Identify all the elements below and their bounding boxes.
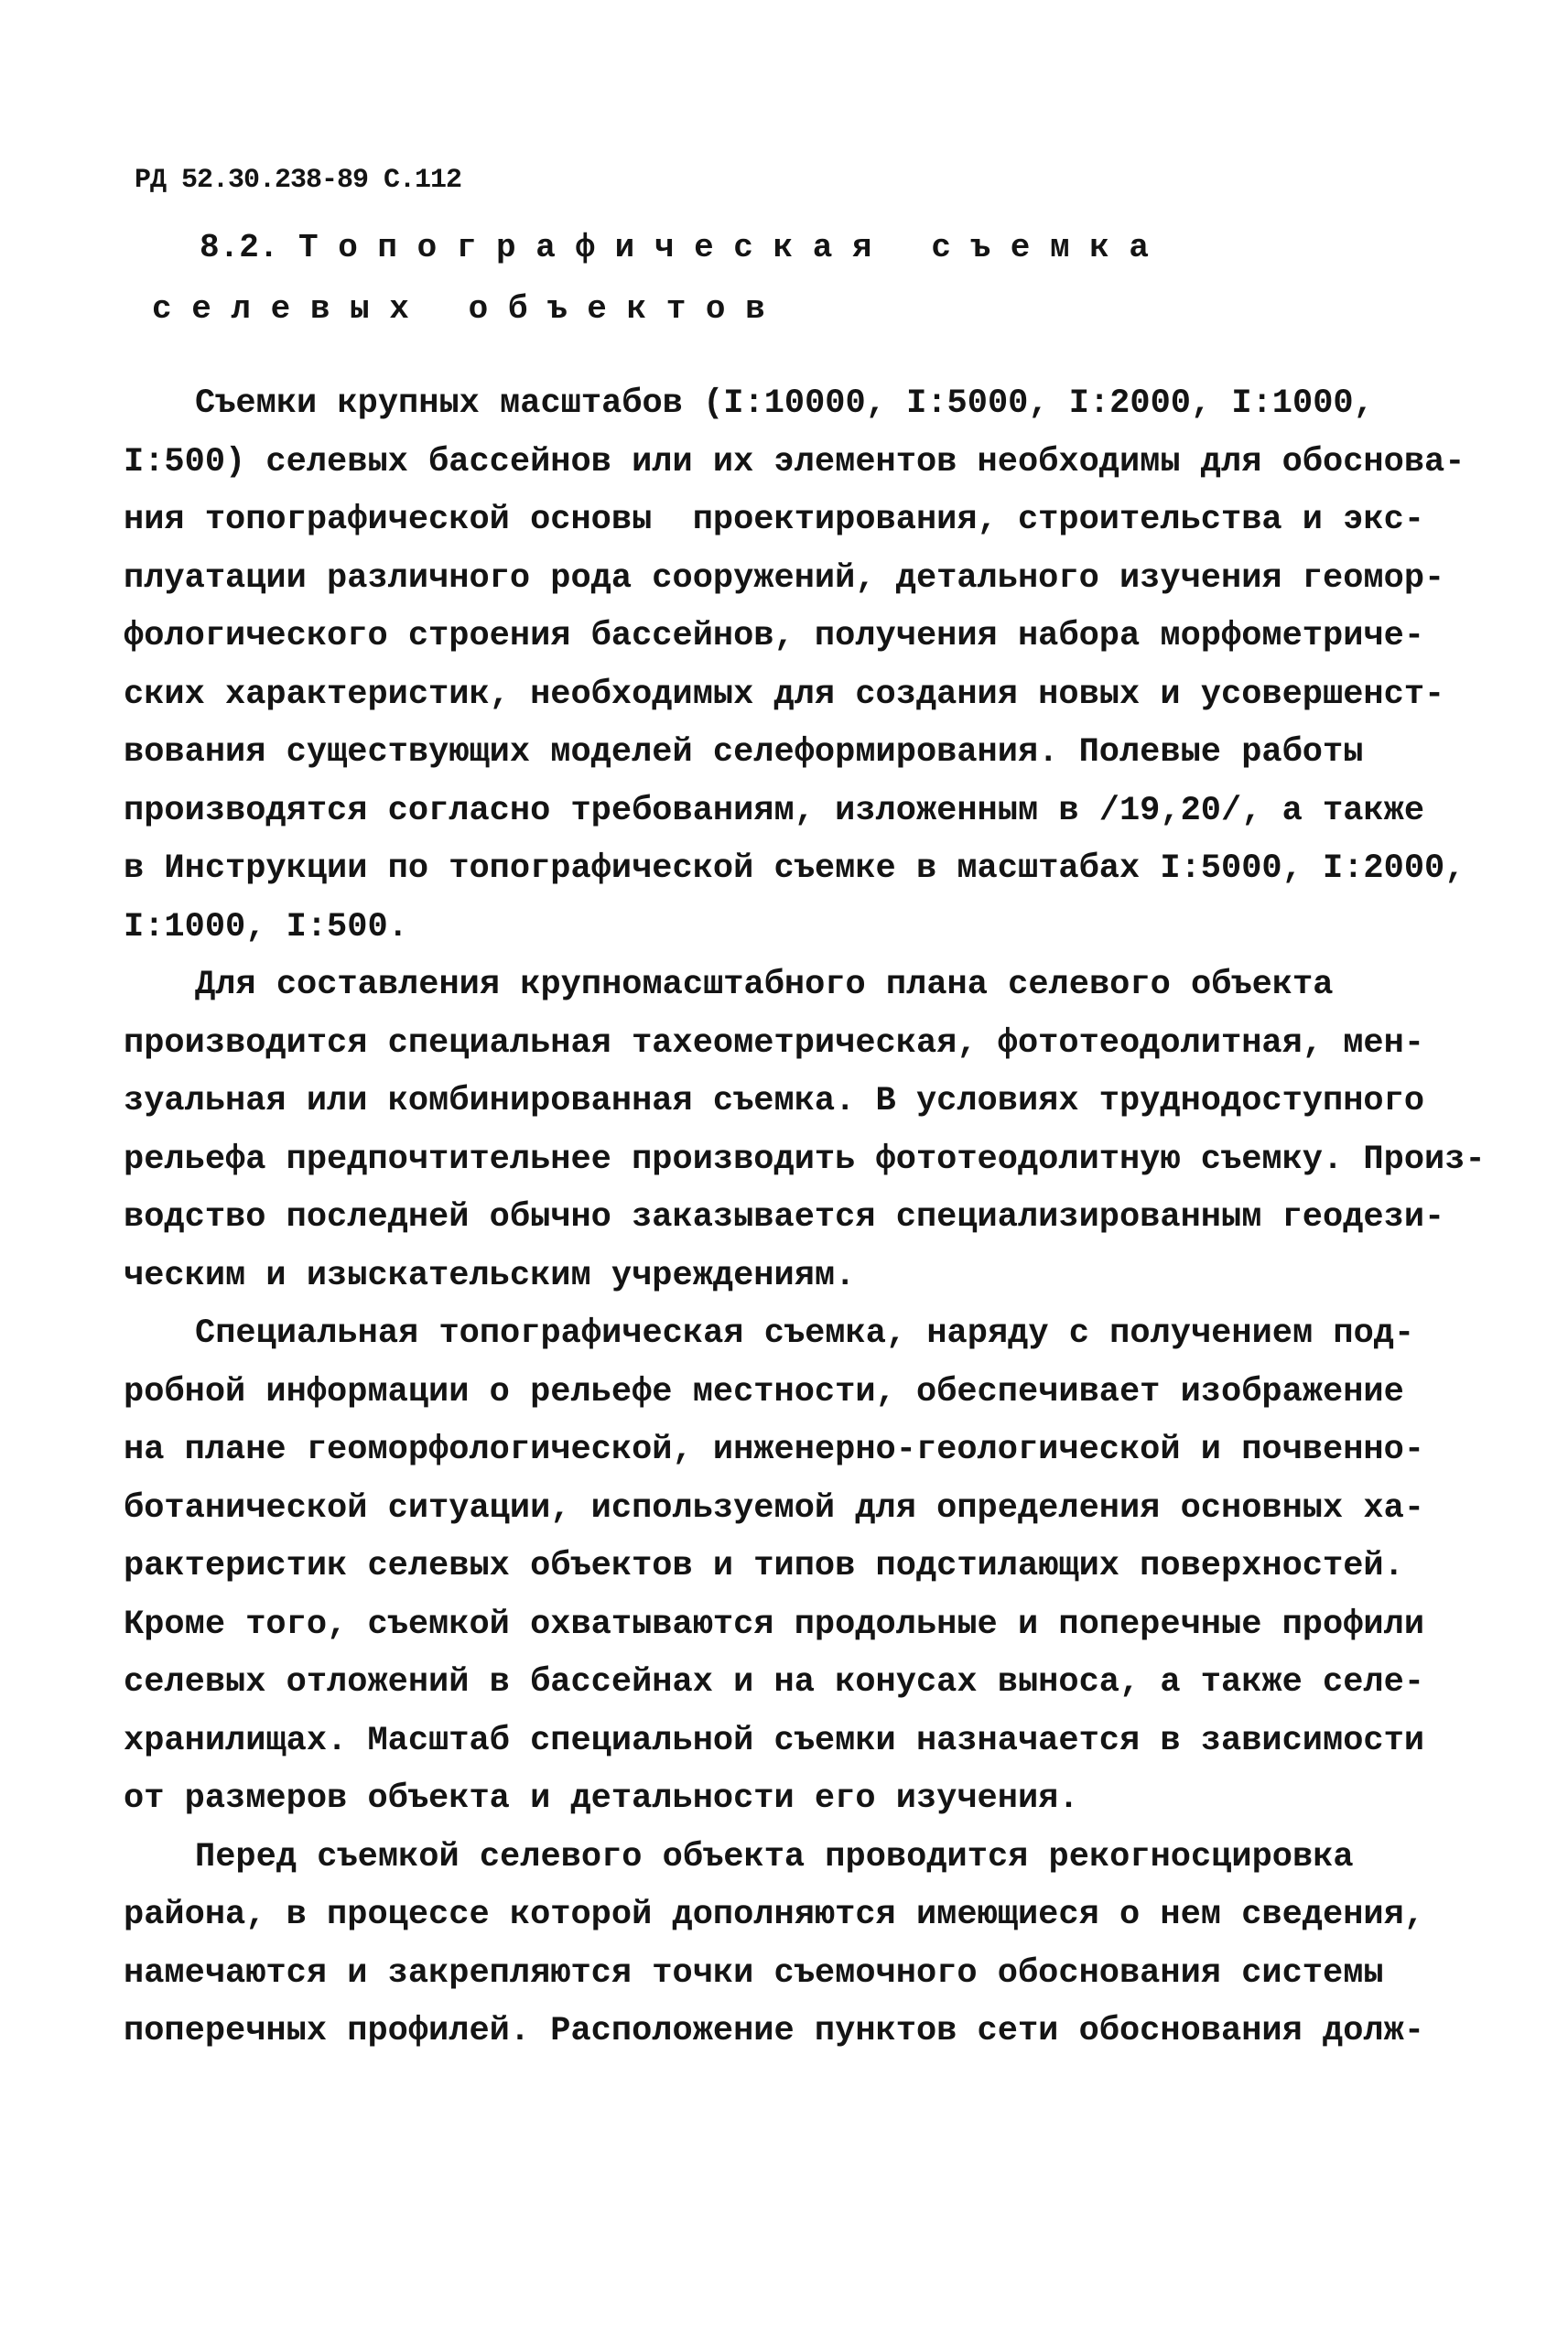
text-line: Специальная топографическая съемка, наря…	[124, 1305, 1487, 1364]
paragraph: Для составления крупномасштабного плана …	[124, 957, 1487, 1305]
text-line: производятся согласно требованиям, излож…	[124, 783, 1487, 841]
text-line: района, в процессе которой дополняются и…	[124, 1887, 1487, 1945]
paragraph: Специальная топографическая съемка, наря…	[124, 1305, 1487, 1829]
text-line: зуальная или комбинированная съемка. В у…	[124, 1073, 1487, 1131]
text-line: Съемки крупных масштабов (I:10000, I:500…	[124, 375, 1487, 434]
text-line: Перед съемкой селевого объекта проводитс…	[124, 1829, 1487, 1887]
text-line: намечаются и закрепляются точки съемочно…	[124, 1945, 1487, 2004]
text-line: производится специальная тахеометрическа…	[124, 1015, 1487, 1074]
text-line: селевых отложений в бассейнах и на конус…	[124, 1654, 1487, 1713]
text-line: рактеристик селевых объектов и типов под…	[124, 1538, 1487, 1596]
text-line: на плане геоморфологической, инженерно-г…	[124, 1422, 1487, 1480]
text-line: ния топографической основы проектировани…	[124, 492, 1487, 550]
text-line: ботанической ситуации, используемой для …	[124, 1480, 1487, 1539]
text-line: от размеров объекта и детальности его из…	[124, 1770, 1487, 1829]
text-line: фологического строения бассейнов, получе…	[124, 608, 1487, 666]
text-line: ческим и изыскательским учреждениям.	[124, 1248, 1487, 1306]
scanned-document-page: РД 52.30.238-89 С.112 8.2. Т о п о г р а…	[0, 0, 1568, 2325]
paragraph: Перед съемкой селевого объекта проводитс…	[124, 1829, 1487, 2061]
document-number-header: РД 52.30.238-89 С.112	[135, 165, 461, 196]
text-line: I:1000, I:500.	[124, 899, 1487, 957]
text-line: рельефа предпочтительнее производить фот…	[124, 1131, 1487, 1190]
text-line: ских характеристик, необходимых для созд…	[124, 666, 1487, 725]
section-heading-line1: 8.2. Т о п о г р а ф и ч е с к а я с ъ е…	[200, 229, 1149, 266]
text-line: Для составления крупномасштабного плана …	[124, 957, 1487, 1015]
text-line: I:500) селевых бассейнов или их элементо…	[124, 434, 1487, 492]
text-line: робной информации о рельефе местности, о…	[124, 1364, 1487, 1422]
text-line: плуатации различного рода сооружений, де…	[124, 550, 1487, 609]
text-line: водство последней обычно заказывается сп…	[124, 1189, 1487, 1248]
text-line: в Инструкции по топографической съемке в…	[124, 840, 1487, 899]
paragraph: Съемки крупных масштабов (I:10000, I:500…	[124, 375, 1487, 957]
text-line: хранилищах. Масштаб специальной съемки н…	[124, 1713, 1487, 1771]
text-line: поперечных профилей. Расположение пункто…	[124, 2003, 1487, 2061]
section-heading-line2: с е л е в ы х о б ъ е к т о в	[152, 290, 765, 328]
document-body: Съемки крупных масштабов (I:10000, I:500…	[124, 375, 1487, 2061]
text-line: Кроме того, съемкой охватываются продоль…	[124, 1596, 1487, 1655]
text-line: вования существующих моделей селеформиро…	[124, 724, 1487, 783]
